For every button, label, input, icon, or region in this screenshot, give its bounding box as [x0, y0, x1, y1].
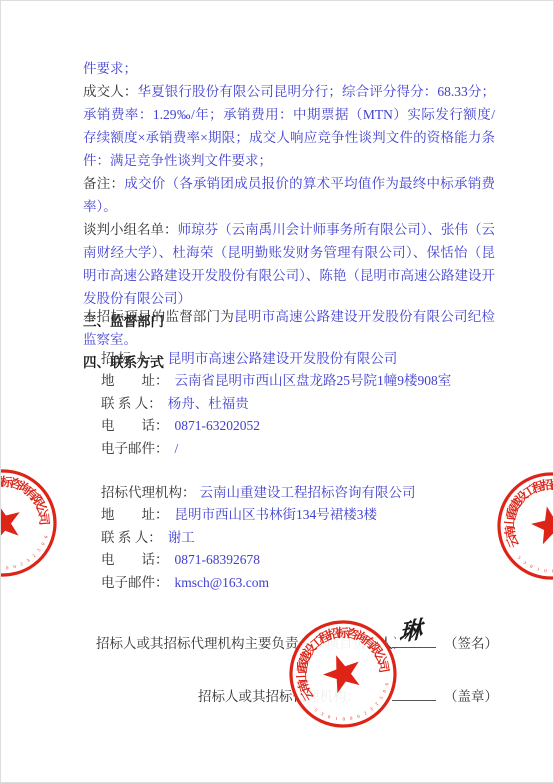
svg-text:司: 司: [36, 513, 51, 526]
tenderer-row: 联 系 人：杨舟、杜福贵: [101, 393, 451, 415]
deal-label: 成交人：: [83, 84, 138, 99]
company-seal-left-partial: 云南山重建设工程招标咨询有限公司5301000232506: [0, 468, 58, 578]
svg-text:标: 标: [0, 474, 14, 490]
svg-text:设: 设: [512, 487, 531, 506]
responsible-person-line: 招标人或其招标代理机构主要负责人（项目负责人）：: [96, 632, 396, 652]
agency-row: 电 话：0871-68392678: [101, 549, 416, 571]
svg-text:司: 司: [375, 660, 391, 674]
tenderer-value: 昆明市高速公路建设开发股份有限公司: [168, 351, 398, 366]
agency-row: 联 系 人：谢工: [101, 527, 416, 549]
signature-underline: [392, 632, 436, 648]
svg-text:0: 0: [6, 565, 9, 570]
svg-text:2: 2: [31, 553, 37, 559]
svg-text:3: 3: [522, 560, 527, 566]
svg-text:2: 2: [20, 561, 25, 567]
document-page: 件要求； 成交人：华夏银行股份有限公司昆明分行；综合评分得分：68.33分；承销…: [0, 0, 554, 783]
tenderer-row: 电 话：0871-63202052: [101, 415, 451, 437]
svg-text:限: 限: [29, 493, 47, 511]
remark-value: 成交价（各承销团成员报价的算术平均值作为最终中标承销费率）。: [83, 176, 495, 214]
svg-text:招: 招: [539, 477, 553, 493]
contact-person-value: 杨舟、杜福贵: [168, 396, 249, 411]
phone-label: 电 话：: [101, 415, 169, 437]
seal-underline: [392, 685, 436, 701]
svg-text:0: 0: [13, 564, 17, 570]
agency-value: 云南山重建设工程招标咨询有限公司: [200, 485, 416, 500]
remark-label: 备注：: [83, 176, 124, 191]
svg-text:询: 询: [16, 478, 34, 497]
email-value: /: [175, 441, 179, 456]
svg-text:山: 山: [503, 516, 518, 529]
svg-text:5: 5: [313, 707, 318, 713]
svg-text:6: 6: [43, 534, 49, 538]
svg-text:0: 0: [350, 715, 354, 720]
contact-person-label: 联 系 人：: [101, 393, 162, 415]
svg-text:0: 0: [0, 565, 2, 570]
deal-value: 华夏银行股份有限公司昆明分行；综合评分得分：68.33分；承销费率：1.29‰/…: [83, 84, 495, 168]
svg-text:0: 0: [544, 568, 548, 573]
signature-suffix: （签名）: [444, 632, 498, 652]
svg-text:工: 工: [520, 482, 538, 500]
svg-text:山: 山: [295, 670, 310, 683]
svg-text:标: 标: [549, 477, 554, 494]
address-label: 地 址：: [101, 370, 169, 392]
svg-text:程: 程: [530, 478, 546, 496]
svg-text:0: 0: [40, 541, 46, 546]
svg-text:咨: 咨: [8, 475, 24, 493]
agency-row: 地 址：昆明市西山区书林街134号裙楼3楼: [101, 504, 416, 526]
svg-text:3: 3: [320, 711, 325, 717]
phone-value: 0871-63202052: [175, 418, 261, 433]
svg-text:云: 云: [504, 533, 521, 549]
svg-text:1: 1: [536, 566, 540, 572]
continuation-text: 件要求；: [83, 61, 137, 76]
company-seal-right-partial: 云南山重建设工程招标咨询有限公司5301000232506: [496, 471, 554, 581]
tenderer-row: 招 标 人：昆明市高速公路建设开发股份有限公司: [101, 348, 451, 370]
agency-seal-line: 招标人或其招标代理机构：: [198, 685, 398, 705]
tenderer-contact-block: 招 标 人：昆明市高速公路建设开发股份有限公司 地 址：云南省昆明市西山区盘龙路…: [101, 348, 451, 460]
svg-text:0: 0: [529, 564, 534, 570]
seal-suffix: （盖章）: [444, 685, 498, 705]
svg-text:重: 重: [503, 505, 521, 521]
email-label: 电子邮件：: [101, 438, 169, 460]
svg-text:3: 3: [26, 557, 31, 563]
address-value: 云南省昆明市西山区盘龙路25号院1幢9楼908室: [175, 373, 452, 388]
agency-phone-value: 0871-68392678: [175, 552, 261, 567]
agency-email-label: 电子邮件：: [101, 572, 169, 594]
svg-text:建: 建: [506, 495, 525, 513]
tenderer-label: 招 标 人：: [101, 348, 162, 370]
remark-paragraph: 备注：成交价（各承销团成员报价的算术平均值作为最终中标承销费率）。: [83, 172, 495, 218]
agency-address-label: 地 址：: [101, 504, 169, 526]
tenderer-row: 地 址：云南省昆明市西山区盘龙路25号院1幢9楼908室: [101, 370, 451, 392]
svg-text:重: 重: [294, 660, 311, 674]
svg-text:5: 5: [36, 547, 42, 552]
svg-text:招: 招: [0, 474, 4, 491]
agency-row: 招标代理机构：云南山重建设工程招标咨询有限公司: [101, 482, 416, 504]
panel-label: 谈判小组名单：: [83, 222, 178, 237]
body-text-block: 件要求； 成交人：华夏银行股份有限公司昆明分行；综合评分得分：68.33分；承销…: [83, 57, 495, 333]
svg-text:公: 公: [33, 502, 50, 518]
tenderer-row: 电子邮件：/: [101, 438, 451, 460]
agency-contact-value: 谢工: [168, 530, 195, 545]
supervision-paragraph: 本招标项目的监督部门为昆明市高速公路建设开发股份有限公司纪检监察室。: [83, 305, 495, 351]
svg-text:0: 0: [343, 716, 346, 721]
agency-phone-label: 电 话：: [101, 549, 169, 571]
svg-text:有: 有: [23, 484, 42, 503]
supervision-prefix: 本招标项目的监督部门为: [83, 309, 234, 324]
agency-label: 招标代理机构：: [101, 482, 196, 504]
agency-address-value: 昆明市西山区书林街134号裙楼3楼: [175, 507, 378, 522]
agency-contact-label: 联 系 人：: [101, 527, 162, 549]
agency-row: 电子邮件：kmsch@163.com: [101, 572, 416, 594]
svg-text:1: 1: [335, 716, 339, 721]
svg-text:5: 5: [517, 555, 523, 561]
panel-paragraph: 谈判小组名单：师琼芬（云南禹川会计师事务所有限公司）、张伟（云南财经大学）、杜海…: [83, 218, 495, 310]
agency-contact-block: 招标代理机构：云南山重建设工程招标咨询有限公司 地 址：昆明市西山区书林街134…: [101, 482, 416, 594]
agency-email-value: kmsch@163.com: [175, 575, 270, 590]
svg-text:3: 3: [369, 706, 374, 712]
svg-text:0: 0: [327, 714, 331, 720]
svg-text:南: 南: [502, 525, 519, 539]
svg-text:2: 2: [363, 710, 368, 716]
continuation-line: 件要求；: [83, 57, 495, 80]
svg-text:0: 0: [356, 713, 361, 719]
deal-paragraph: 成交人：华夏银行股份有限公司昆明分行；综合评分得分：68.33分；承销费率：1.…: [83, 80, 495, 172]
